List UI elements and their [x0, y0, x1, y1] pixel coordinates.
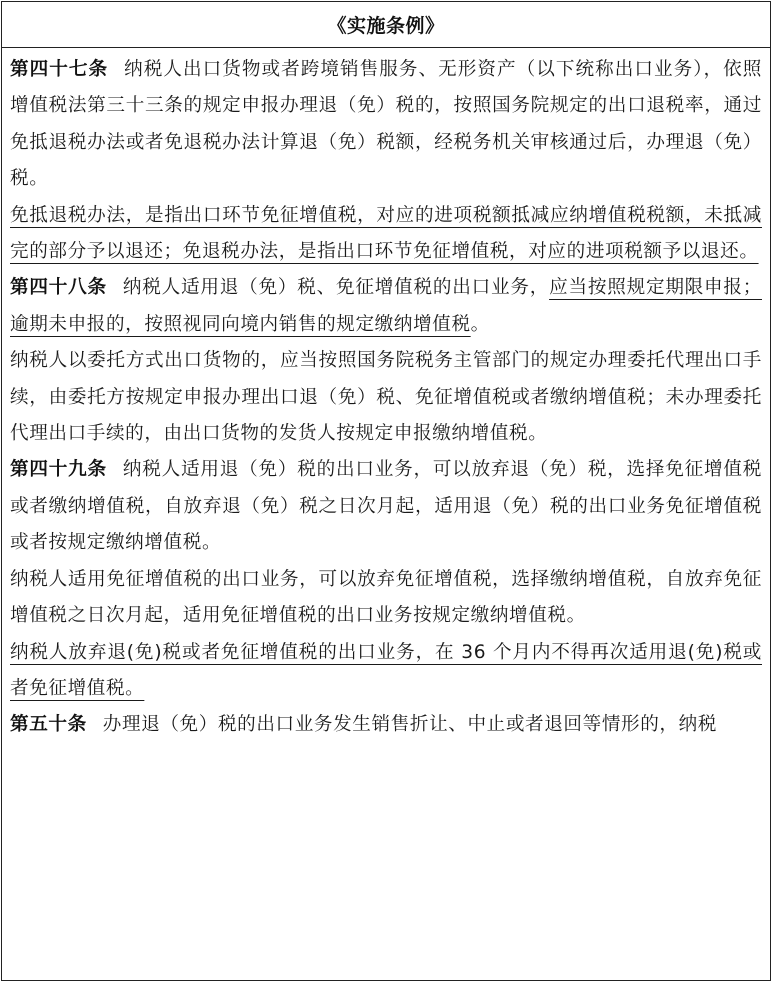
underlined-text: 纳税人放弃退(免)税或者免征增值税的出口业务，在 36 个月内不得再次适用退(免… — [10, 642, 762, 699]
article-number: 第五十条 — [10, 714, 87, 735]
article-47-definition: 免抵退税办法，是指出口环节免征增值税，对应的进项税额抵减应纳增值税税额，未抵减完… — [10, 198, 762, 271]
regulation-table: 《实施条例》 第四十七条纳税人出口货物或者跨境销售服务、无形资产（以下统称出口业… — [1, 1, 771, 967]
article-number: 第四十八条 — [10, 277, 107, 298]
document-title: 《实施条例》 — [327, 11, 444, 38]
article-49-paragraph-3: 纳税人放弃退(免)税或者免征增值税的出口业务，在 36 个月内不得再次适用退(免… — [10, 635, 762, 708]
article-text: 纳税人适用免征增值税的出口业务，可以放弃免征增值税，选择缴纳增值税，自放弃免征增… — [10, 569, 762, 626]
article-number: 第四十九条 — [10, 459, 107, 480]
article-49: 第四十九条纳税人适用退（免）税的出口业务，可以放弃退（免）税，选择免征增值税或者… — [10, 452, 762, 561]
table-header: 《实施条例》 — [2, 2, 770, 48]
article-number: 第四十七条 — [10, 59, 108, 80]
article-48-paragraph-2: 纳税人以委托方式出口货物的，应当按照国务院税务主管部门的规定办理委托代理出口手续… — [10, 343, 762, 452]
underlined-text: 免抵退税办法，是指出口环节免征增值税，对应的进项税额抵减应纳增值税税额，未抵减完… — [10, 205, 762, 262]
article-text: 办理退（免）税的出口业务发生销售折让、中止或者退回等情形的，纳税 — [103, 714, 717, 735]
article-text: 纳税人出口货物或者跨境销售服务、无形资产（以下统称出口业务），依照增值税法第三十… — [10, 59, 762, 189]
article-47: 第四十七条纳税人出口货物或者跨境销售服务、无形资产（以下统称出口业务），依照增值… — [10, 52, 762, 198]
article-49-paragraph-2: 纳税人适用免征增值税的出口业务，可以放弃免征增值税，选择缴纳增值税，自放弃免征增… — [10, 562, 762, 635]
article-text: 纳税人适用退（免）税、免征增值税的出口业务， — [123, 277, 549, 298]
article-text-tail: 。 — [471, 314, 490, 335]
table-body: 第四十七条纳税人出口货物或者跨境销售服务、无形资产（以下统称出口业务），依照增值… — [2, 48, 770, 744]
article-50: 第五十条办理退（免）税的出口业务发生销售折让、中止或者退回等情形的，纳税 — [10, 707, 762, 743]
article-48: 第四十八条纳税人适用退（免）税、免征增值税的出口业务，应当按照规定期限申报；逾期… — [10, 270, 762, 343]
article-text: 纳税人适用退（免）税的出口业务，可以放弃退（免）税，选择免征增值税或者缴纳增值税… — [10, 459, 762, 553]
article-text: 纳税人以委托方式出口货物的，应当按照国务院税务主管部门的规定办理委托代理出口手续… — [10, 350, 762, 444]
